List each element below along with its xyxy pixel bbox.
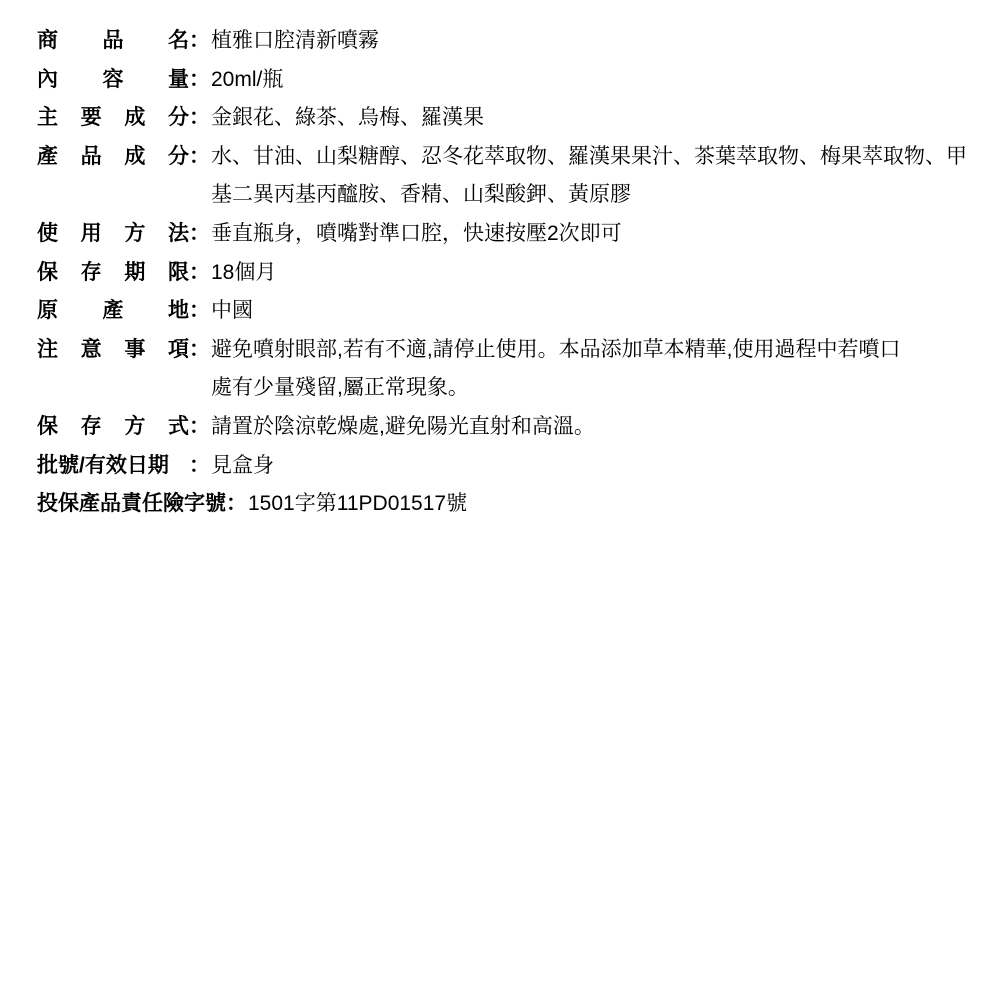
spec-label: 投保產品責任險字號 [37,485,226,524]
spec-row: 批號/有效日期：見盒身 [37,447,967,486]
spec-label: 產品成分 [37,138,189,177]
spec-label: 注意事項 [37,331,189,370]
spec-label: 保存期限 [37,254,189,293]
spec-row: 保存方式：請置於陰涼乾燥處,避免陽光直射和高溫。 [37,408,967,447]
spec-value: 20ml/瓶 [210,61,967,100]
spec-value-line: 1501字第11PD01517號 [248,485,967,524]
label-colon: ： [189,408,210,447]
label-colon: ： [189,447,210,486]
spec-value-line: 金銀花、綠茶、烏梅、羅漢果 [211,99,967,138]
spec-value: 中國 [210,292,967,331]
spec-value: 請置於陰涼乾燥處,避免陽光直射和高溫。 [210,408,967,447]
spec-value: 水、甘油、山梨糖醇、忍冬花萃取物、羅漢果果汁、茶葉萃取物、梅果萃取物、甲基二異丙… [210,138,967,215]
spec-row: 內容量：20ml/瓶 [37,61,967,100]
spec-row: 商品名：植雅口腔清新噴霧 [37,22,967,61]
spec-row: 主要成分：金銀花、綠茶、烏梅、羅漢果 [37,99,967,138]
spec-value: 垂直瓶身，噴嘴對準口腔，快速按壓2次即可 [210,215,967,254]
label-colon: ： [189,215,210,254]
spec-value-line: 見盒身 [211,447,967,486]
spec-value-line: 請置於陰涼乾燥處,避免陽光直射和高溫。 [211,408,967,447]
label-colon: ： [189,22,210,61]
spec-value-line: 中國 [211,292,967,331]
spec-value-line: 水、甘油、山梨糖醇、忍冬花萃取物、羅漢果果汁、茶葉萃取物、梅果萃取物、甲 [211,138,967,177]
spec-value: 避免噴射眼部,若有不適,請停止使用。本品添加草本精華,使用過程中若噴口處有少量殘… [210,331,967,408]
spec-value-line: 18個月 [211,254,967,293]
spec-label: 使用方法 [37,215,189,254]
label-colon: ： [189,99,210,138]
spec-value: 金銀花、綠茶、烏梅、羅漢果 [210,99,967,138]
label-colon: ： [189,138,210,177]
spec-value-line: 處有少量殘留,屬正常現象。 [211,369,967,408]
label-colon: ： [189,331,210,370]
label-colon: ： [189,292,210,331]
spec-value: 植雅口腔清新噴霧 [210,22,967,61]
spec-value: 1501字第11PD01517號 [247,485,967,524]
spec-value-line: 植雅口腔清新噴霧 [211,22,967,61]
spec-value-line: 基二異丙基丙醯胺、香精、山梨酸鉀、黃原膠 [211,176,967,215]
spec-label: 主要成分 [37,99,189,138]
spec-label: 商品名 [37,22,189,61]
spec-row: 投保產品責任險字號：1501字第11PD01517號 [37,485,967,524]
spec-value-line: 20ml/瓶 [211,61,967,100]
spec-value: 見盒身 [210,447,967,486]
label-colon: ： [189,254,210,293]
product-spec-sheet: 商品名：植雅口腔清新噴霧內容量：20ml/瓶主要成分：金銀花、綠茶、烏梅、羅漢果… [37,22,967,524]
label-colon: ： [226,485,247,524]
spec-row: 使用方法：垂直瓶身，噴嘴對準口腔，快速按壓2次即可 [37,215,967,254]
spec-value-line: 垂直瓶身，噴嘴對準口腔，快速按壓2次即可 [211,215,967,254]
label-colon: ： [189,61,210,100]
spec-row: 保存期限：18個月 [37,254,967,293]
spec-value-line: 避免噴射眼部,若有不適,請停止使用。本品添加草本精華,使用過程中若噴口 [211,331,967,370]
spec-label: 內容量 [37,61,189,100]
spec-row: 原產地：中國 [37,292,967,331]
spec-label: 批號/有效日期 [37,447,189,486]
spec-label: 原產地 [37,292,189,331]
spec-label: 保存方式 [37,408,189,447]
spec-row: 產品成分：水、甘油、山梨糖醇、忍冬花萃取物、羅漢果果汁、茶葉萃取物、梅果萃取物、… [37,138,967,215]
spec-value: 18個月 [210,254,967,293]
spec-row: 注意事項：避免噴射眼部,若有不適,請停止使用。本品添加草本精華,使用過程中若噴口… [37,331,967,408]
